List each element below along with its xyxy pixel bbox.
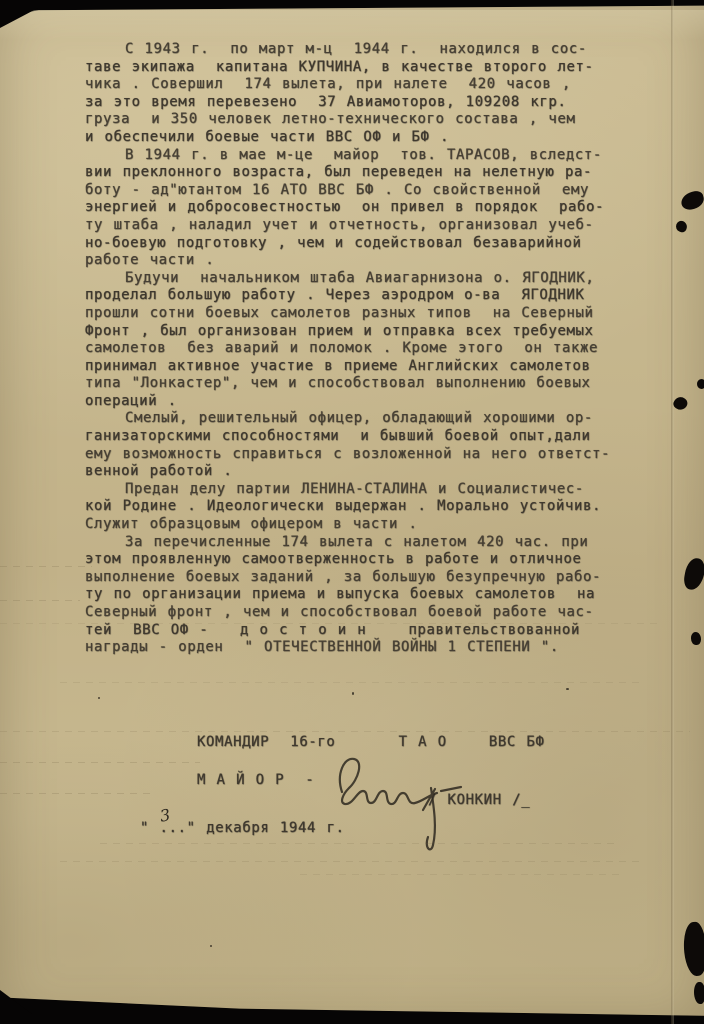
scan-streak [0, 566, 92, 567]
fold-line [671, 0, 674, 1024]
text-line: награды - орден " ОТЕЧЕСТВЕННОЙ ВОЙНЫ 1 … [85, 639, 657, 657]
paragraph: С 1943 г. по март м-ц 1944 г. находился … [85, 41, 657, 147]
text-line: Будучи начальником штаба Авиагарнизона о… [85, 270, 657, 288]
scan-streak [0, 623, 660, 624]
text-line: ту штаба , наладил учет и отчетность, ор… [85, 217, 657, 235]
text-line: работе части . [85, 252, 657, 270]
handwritten-signature [328, 746, 478, 858]
paper-speck [210, 945, 212, 947]
scan-streak [100, 843, 620, 844]
scan-streak [0, 600, 80, 601]
paragraph: В 1944 г. в мае м-це майор тов. ТАРАСОВ,… [85, 147, 657, 270]
ink-blot [691, 632, 701, 645]
scan-streak [60, 861, 640, 862]
scan-streak [300, 874, 620, 875]
scan-streak [0, 793, 150, 794]
paragraph: Предан делу партии ЛЕНИНА-СТАЛИНА и Соци… [85, 481, 657, 534]
text-line: этом проявленную самоотверженность в раб… [85, 551, 657, 569]
rank-line: М А Й О Р - [197, 772, 314, 790]
paragraph: Будучи начальником штаба Авиагарнизона о… [85, 270, 657, 411]
paper-speck [352, 692, 354, 695]
scan-streak [60, 682, 640, 683]
text-line: ганизаторскими способностями и бывший бо… [85, 428, 657, 446]
text-line: Служит образцовым офицером в части . [85, 516, 657, 534]
text-line: принимал активное участие в приеме Англи… [85, 358, 657, 376]
scan-streak [0, 762, 200, 763]
text-line: ему возможность справиться с возложенной… [85, 446, 657, 464]
document-scan: С 1943 г. по март м-ц 1944 г. находился … [0, 0, 704, 1024]
text-line: но-боевую подготовку , чем и содействова… [85, 235, 657, 253]
text-line: вии преклонного возраста, был переведен … [85, 164, 657, 182]
text-line: Предан делу партии ЛЕНИНА-СТАЛИНА и Соци… [85, 481, 657, 499]
text-line: С 1943 г. по март м-ц 1944 г. находился … [85, 41, 657, 59]
paper-light-band [0, 10, 704, 40]
text-line: боту - ад"ютантом 16 АТО ВВС БФ . Со сво… [85, 182, 657, 200]
text-line: выполнение боевых заданий , за большую б… [85, 569, 657, 587]
text-line: Северный фронт , чем и способствовал бое… [85, 604, 657, 622]
text-line: за это время перевезено 37 Авиамоторов, … [85, 94, 657, 112]
text-line: энергией и добросовестностью он привел в… [85, 199, 657, 217]
text-line: Фронт , был организован прием и отправка… [85, 323, 657, 341]
typed-text: С 1943 г. по март м-ц 1944 г. находился … [85, 41, 657, 657]
text-line: тей ВВС ОФ - д о с т о и н правительство… [85, 622, 657, 640]
text-line: кой Родине . Идеологически выдержан . Мо… [85, 498, 657, 516]
paper-speck [566, 688, 569, 690]
text-line: операций . [85, 393, 657, 411]
text-line: ту по организации приема и выпуска боевы… [85, 586, 657, 604]
text-line: венной работой . [85, 463, 657, 481]
text-line: За перечисленные 174 вылета с налетом 42… [85, 534, 657, 552]
text-line: проделал большую работу . Через аэродром… [85, 287, 657, 305]
scan-streak [0, 731, 690, 732]
text-line: прошли сотни боевых самолетов разных тип… [85, 305, 657, 323]
text-line: типа "Лонкастер", чем и способствовал вы… [85, 375, 657, 393]
text-line: груза и 350 человек летно-технического с… [85, 111, 657, 129]
text-line: чика . Совершил 174 вылета, при налете 4… [85, 76, 657, 94]
paragraph: Смелый, решительный офицер, обладающий х… [85, 410, 657, 480]
ink-blot [694, 982, 704, 1004]
paper-speck [98, 697, 100, 699]
text-line: таве экипажа капитана КУПЧИНА, в качеств… [85, 59, 657, 77]
paragraph: За перечисленные 174 вылета с налетом 42… [85, 534, 657, 657]
text-line: самолетов без аварий и поломок . Кроме э… [85, 340, 657, 358]
text-line: и обеспечили боевые части ВВС ОФ и БФ . [85, 129, 657, 147]
ink-blot [697, 379, 704, 389]
text-line: Смелый, решительный офицер, обладающий х… [85, 410, 657, 428]
text-line: В 1944 г. в мае м-це майор тов. ТАРАСОВ,… [85, 147, 657, 165]
